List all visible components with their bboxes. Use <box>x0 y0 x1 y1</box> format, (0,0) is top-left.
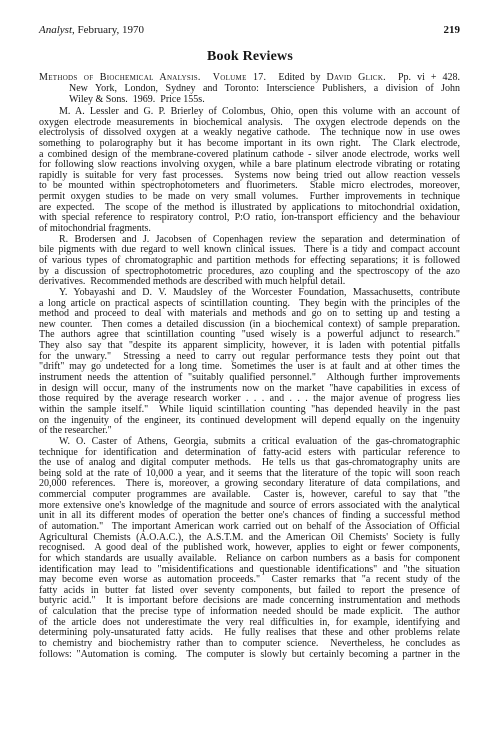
review-body: M. A. Lessler and G. P. Brierley of Colo… <box>39 107 460 660</box>
review-paragraph: M. A. Lessler and G. P. Brierley of Colo… <box>39 107 460 235</box>
running-header: Analyst, February, 1970 219 <box>39 24 460 36</box>
text-line: W. O. Caster of Athens, Georgia, submits… <box>39 437 460 448</box>
citation-line: Wiley & Sons. 1969. Price 155s. <box>39 94 460 105</box>
text-line: Y. Yobayashi and D. V. Maudsley of the W… <box>39 288 460 299</box>
text-line: follows: "Automation is coming. The comp… <box>39 650 460 661</box>
small-caps-text: Methods of Biochemical Analysis. <box>39 72 201 83</box>
small-caps-text: David Glick. <box>327 72 386 83</box>
citation-text: New York, London, Sydney and Toronto: In… <box>69 83 460 94</box>
text-line: of various types of chromatographic and … <box>39 256 460 267</box>
journal-name: Analyst <box>39 24 72 36</box>
small-caps-text: Volume 17. <box>213 72 267 83</box>
line-text: follows: "Automation is coming. The comp… <box>39 650 460 661</box>
line-text: Y. Yobayashi and D. V. Maudsley of the W… <box>59 288 460 299</box>
review-paragraph: Y. Yobayashi and D. V. Maudsley of the W… <box>39 288 460 437</box>
line-text: W. O. Caster of Athens, Georgia, submits… <box>59 437 460 448</box>
citation-text: Edited by <box>266 72 326 83</box>
citation-line: Methods of Biochemical Analysis. Volume … <box>39 72 460 83</box>
section-title: Book Reviews <box>0 48 500 65</box>
review-paragraph: W. O. Caster of Athens, Georgia, submits… <box>39 437 460 660</box>
page-number: 219 <box>444 24 461 36</box>
citation-text: Wiley & Sons. 1969. Price 155s. <box>69 94 205 105</box>
issue-date: , February, 1970 <box>72 24 144 36</box>
line-text: for which standards are usually availabl… <box>39 554 460 565</box>
citation-line: New York, London, Sydney and Toronto: In… <box>39 83 460 94</box>
book-citation: Methods of Biochemical Analysis. Volume … <box>39 72 460 106</box>
text-line: within the sample itself." While liquid … <box>39 405 460 416</box>
line-text: something to polarography but it has bec… <box>39 139 460 150</box>
text-line: something to polarography but it has bec… <box>39 139 460 150</box>
text-line: for which standards are usually availabl… <box>39 554 460 565</box>
citation-text <box>201 72 213 83</box>
review-paragraph: R. Brodersen and J. Jacobsen of Copenhag… <box>39 235 460 288</box>
citation-text: Pp. vi + 428. <box>386 72 460 83</box>
line-text: within the sample itself." While liquid … <box>39 405 460 416</box>
